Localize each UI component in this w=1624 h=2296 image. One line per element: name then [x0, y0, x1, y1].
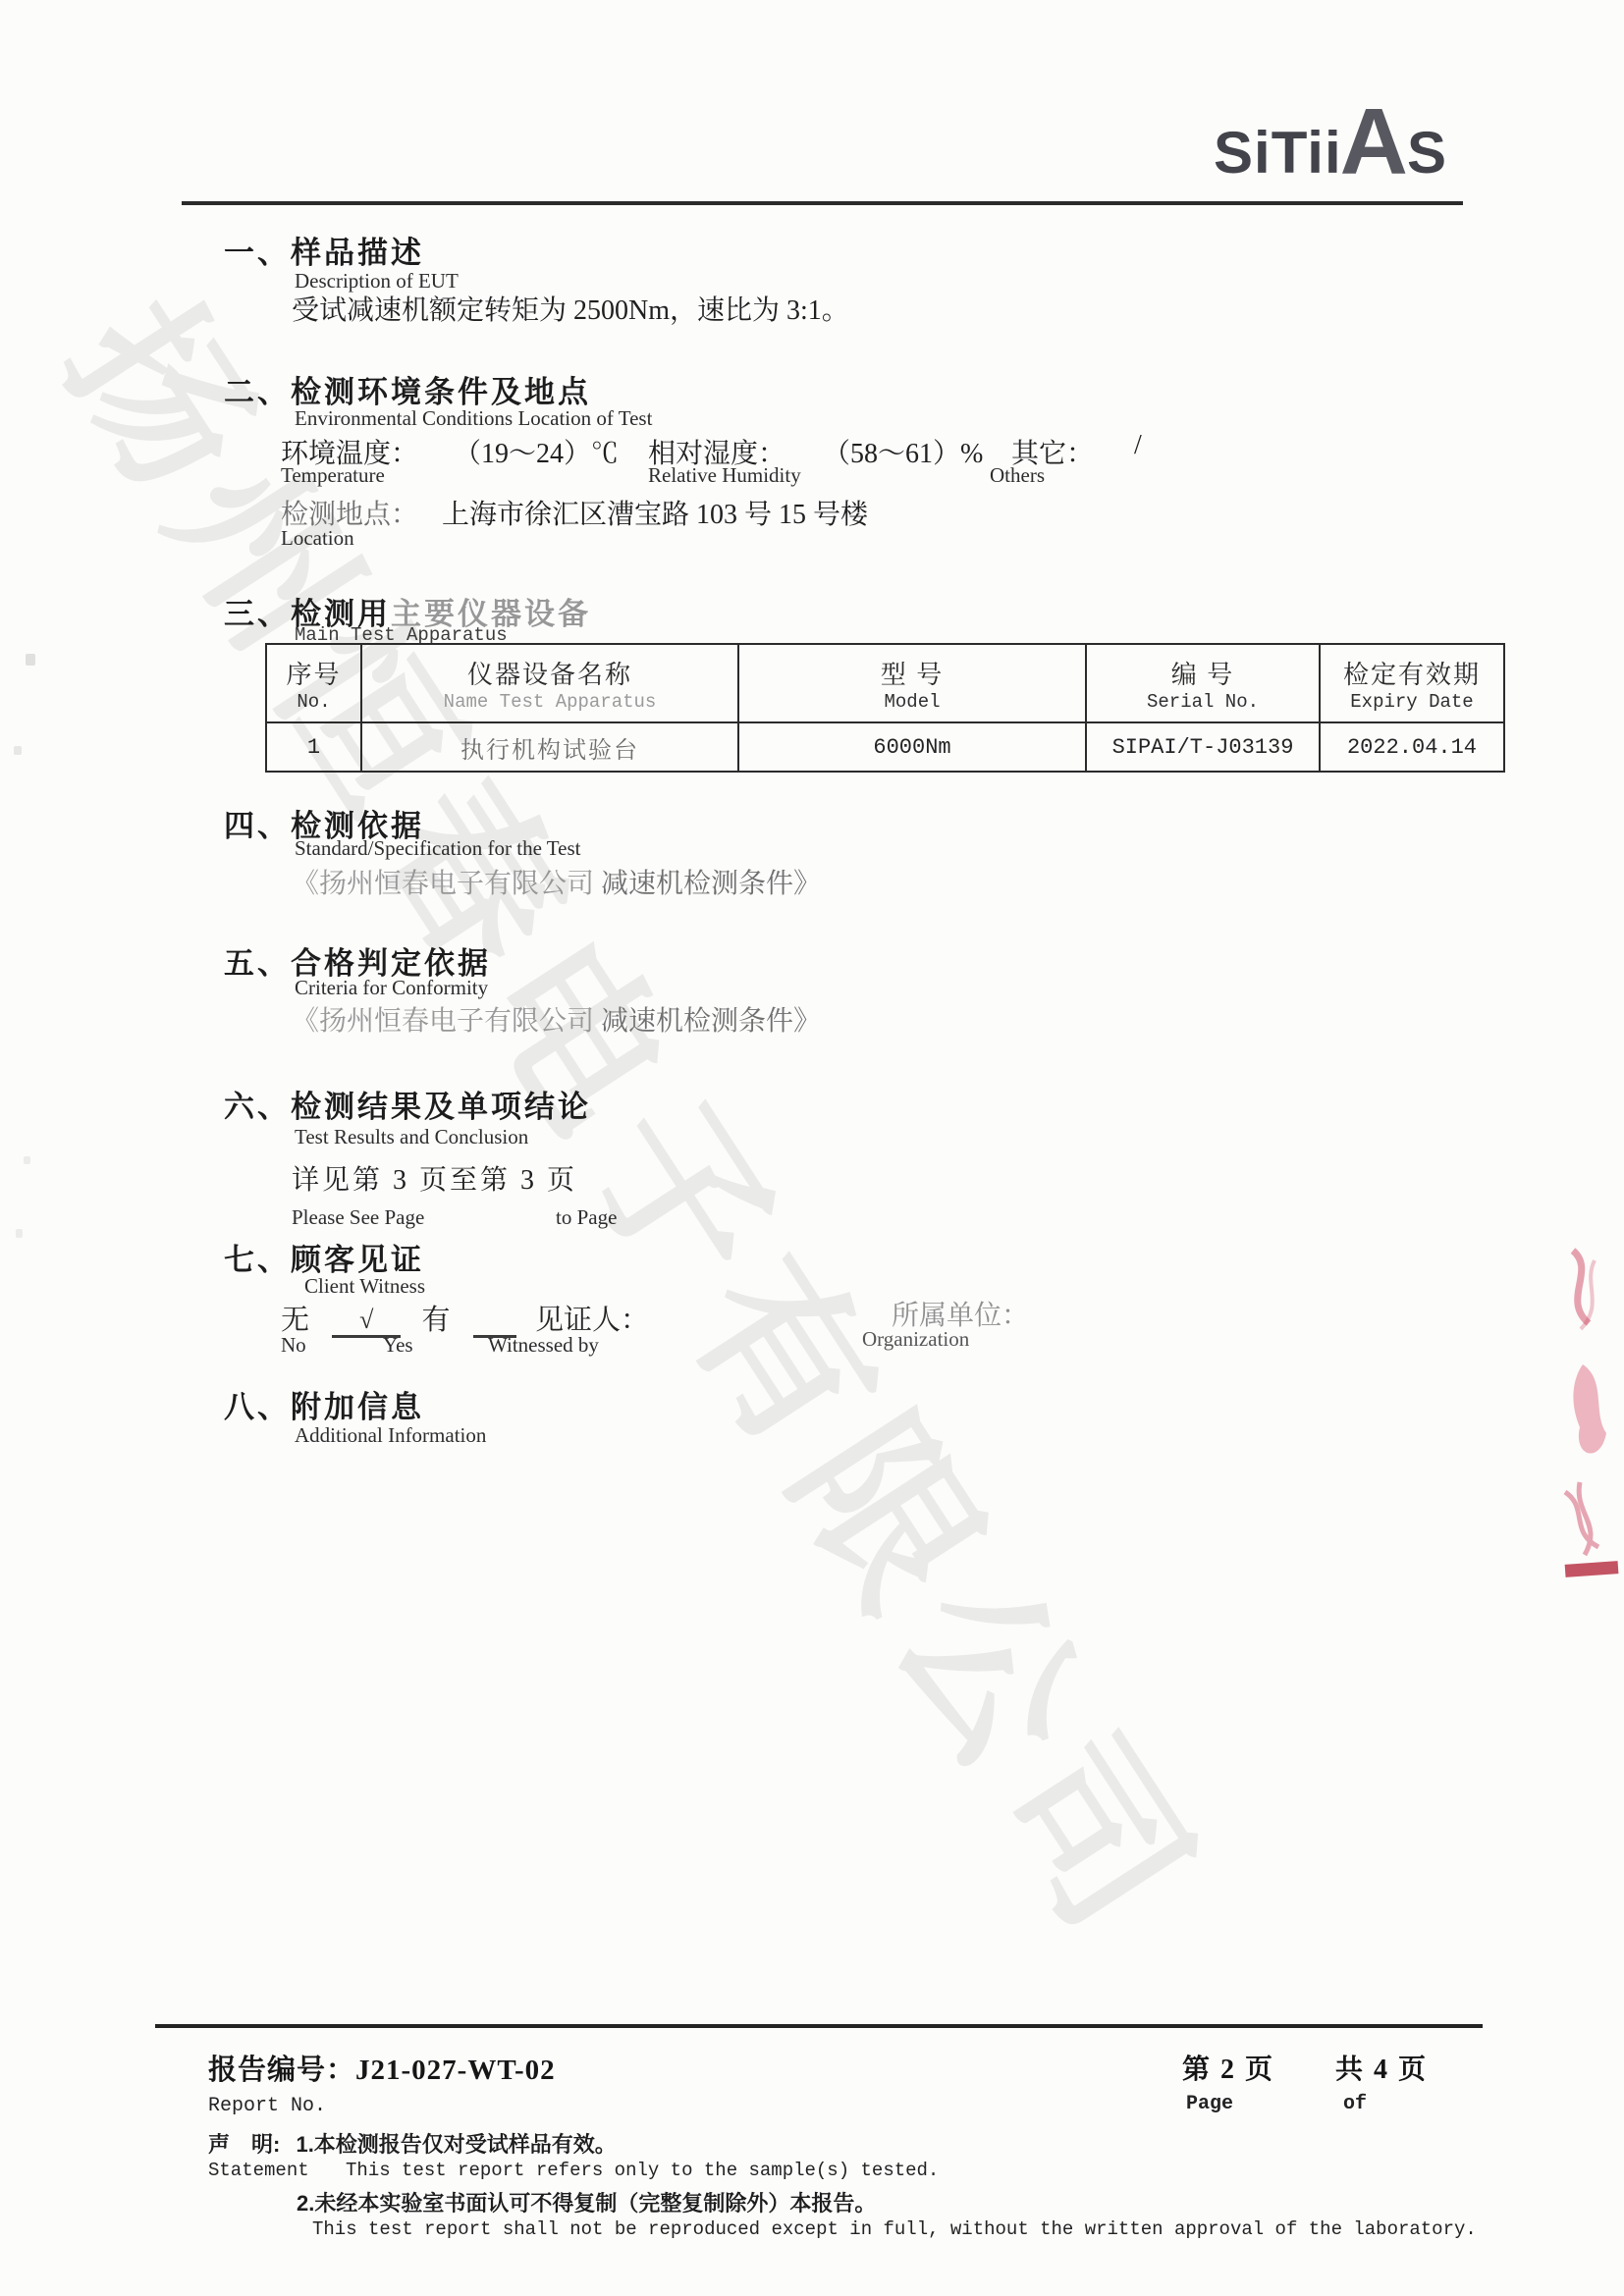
header-cell-serial: 编 号 Serial No. [1085, 645, 1319, 721]
section2-title: 二、检测环境条件及地点 [224, 367, 591, 411]
statement-item-2: 2.未经本实验室书面认可不得复制（完整复制除外）本报告。 [297, 2187, 876, 2217]
cell-serial-value: SIPAI/T-J03139 [1112, 735, 1294, 760]
header-model-en: Model [884, 691, 940, 713]
apparatus-table: 序号 No. 仪器设备名称 Name Test Apparatus 型 号 Mo… [265, 643, 1505, 773]
section8-title: 八、附加信息 [224, 1382, 424, 1426]
sitiias-logo: SiTiiAS [1214, 106, 1447, 180]
header-cell-name: 仪器设备名称 Name Test Apparatus [360, 645, 737, 721]
cell-expiry-value: 2022.04.14 [1347, 735, 1477, 760]
section4-body-condition: 减速机检测条件》 [601, 869, 821, 899]
header-divider [182, 201, 1463, 205]
scan-speck [26, 654, 35, 666]
header-no-zh: 序号 [286, 655, 341, 691]
scan-speck [14, 746, 22, 755]
header-serial-en: Serial No. [1147, 691, 1259, 713]
cell-model: 6000Nm [737, 723, 1085, 771]
section6-body: 详见第 3 页至第 3 页 [292, 1158, 577, 1198]
section4-subtitle: Standard/Specification for the Test [295, 836, 580, 861]
others-value: / [1134, 430, 1142, 461]
report-number-en-label: Report No. [208, 2095, 326, 2117]
no-option-label: 无 [281, 1305, 309, 1336]
section8-subtitle: Additional Information [295, 1423, 486, 1448]
section5-subtitle: Criteria for Conformity [295, 976, 488, 1000]
section6-body-en-1: Please See Page [292, 1205, 424, 1230]
section7-title: 七、顾客见证 [224, 1235, 424, 1279]
cell-no: 1 [267, 723, 360, 771]
cell-name-value: 执行机构试验台 [460, 730, 639, 765]
statement-item-2-en: This test report shall not be reproduced… [312, 2218, 1477, 2240]
section1-body: 受试减速机额定转矩为 2500Nm，速比为 3:1。 [292, 289, 849, 328]
witnessed-by-en-label: Witnessed by [488, 1333, 599, 1358]
header-cell-model: 型 号 Model [737, 645, 1085, 721]
header-cell-expiry: 检定有效期 Expiry Date [1319, 645, 1503, 721]
witness-row: 无 √ 有 见证人： [281, 1298, 649, 1338]
cell-no-value: 1 [307, 735, 320, 760]
section6-body-en-2: to Page [556, 1205, 617, 1230]
section5-body-condition: 减速机检测条件》 [601, 1006, 821, 1037]
section6-subtitle: Test Results and Conclusion [295, 1125, 528, 1149]
check-mark: √ [359, 1306, 373, 1334]
footer-divider [155, 2024, 1483, 2028]
apparatus-table-header-row: 序号 No. 仪器设备名称 Name Test Apparatus 型 号 Mo… [267, 645, 1503, 721]
section7-subtitle: Client Witness [304, 1274, 425, 1299]
temperature-en-label: Temperature [281, 463, 385, 488]
report-number-label: 报告编号： [208, 2055, 355, 2086]
statement-label: 声 明: [208, 2132, 280, 2157]
logo-text-right: S [1407, 127, 1447, 180]
of-en-label: of [1343, 2093, 1367, 2115]
header-model-zh: 型 号 [881, 655, 945, 691]
humidity-value: （58～61）% [823, 432, 983, 471]
report-number-row: 报告编号：J21-027-WT-02 [208, 2048, 556, 2088]
cell-serial: SIPAI/T-J03139 [1085, 723, 1319, 771]
section4-body: 《扬州恒春电子有限公司 减速机检测条件》 [292, 862, 821, 901]
page-en-label: Page [1186, 2093, 1233, 2115]
logo-letter-a: A [1340, 106, 1409, 180]
section2-subtitle: Environmental Conditions Location of Tes… [295, 406, 652, 431]
page-number: 第 2 页 [1182, 2048, 1274, 2087]
cell-expiry: 2022.04.14 [1319, 723, 1503, 771]
section6-title: 六、检测结果及单项结论 [224, 1082, 591, 1126]
statement-en-label: Statement [208, 2160, 309, 2181]
cell-model-value: 6000Nm [873, 735, 950, 760]
header-name-en: Name Test Apparatus [444, 691, 657, 713]
statement-item-1-en: This test report refers only to the samp… [346, 2160, 939, 2181]
others-en-label: Others [990, 463, 1045, 488]
red-stamp-fragment [1543, 1229, 1624, 1622]
statement-row-1-en: Statement This test report refers only t… [208, 2160, 939, 2181]
section1-title: 一、样品描述 [224, 228, 424, 272]
no-en-label: No [281, 1333, 306, 1358]
report-page: 扬州恒春电子有限公司 SiTiiAS 一、样品描述 Description of… [0, 0, 1624, 2296]
section5-body-company: 《扬州恒春电子有限公司 [292, 1006, 594, 1037]
humidity-en-label: Relative Humidity [648, 463, 801, 488]
header-name-zh: 仪器设备名称 [467, 655, 632, 691]
logo-text-left: SiTii [1214, 127, 1342, 180]
apparatus-table-row: 1 执行机构试验台 6000Nm SIPAI/T-J03139 2022.04.… [267, 721, 1503, 771]
location-value: 上海市徐汇区漕宝路 103 号 15 号楼 [442, 493, 868, 532]
temperature-value: （19～24）℃ [454, 432, 619, 471]
yes-option-label: 有 [422, 1305, 451, 1336]
statement-item-1: 1.本检测报告仅对受试样品有效。 [296, 2132, 616, 2157]
scan-speck [24, 1156, 30, 1164]
cell-name: 执行机构试验台 [360, 723, 737, 771]
witnessed-by-label: 见证人： [535, 1305, 649, 1336]
header-serial-zh: 编 号 [1171, 655, 1235, 691]
organization-en-label: Organization [862, 1327, 969, 1352]
scan-speck [16, 1229, 23, 1238]
report-number-value: J21-027-WT-02 [355, 2055, 556, 2086]
total-pages: 共 4 页 [1335, 2048, 1428, 2087]
header-expiry-zh: 检定有效期 [1343, 655, 1481, 691]
statement-row-1: 声 明: 1.本检测报告仅对受试样品有效。 [208, 2128, 617, 2159]
header-cell-no: 序号 No. [267, 645, 360, 721]
section4-body-company: 《扬州恒春电子有限公司 [292, 869, 594, 899]
section5-body: 《扬州恒春电子有限公司 减速机检测条件》 [292, 999, 821, 1039]
yes-en-label: Yes [383, 1333, 413, 1358]
location-en-label: Location [281, 526, 354, 551]
header-expiry-en: Expiry Date [1350, 691, 1473, 713]
header-no-en: No. [297, 691, 330, 713]
